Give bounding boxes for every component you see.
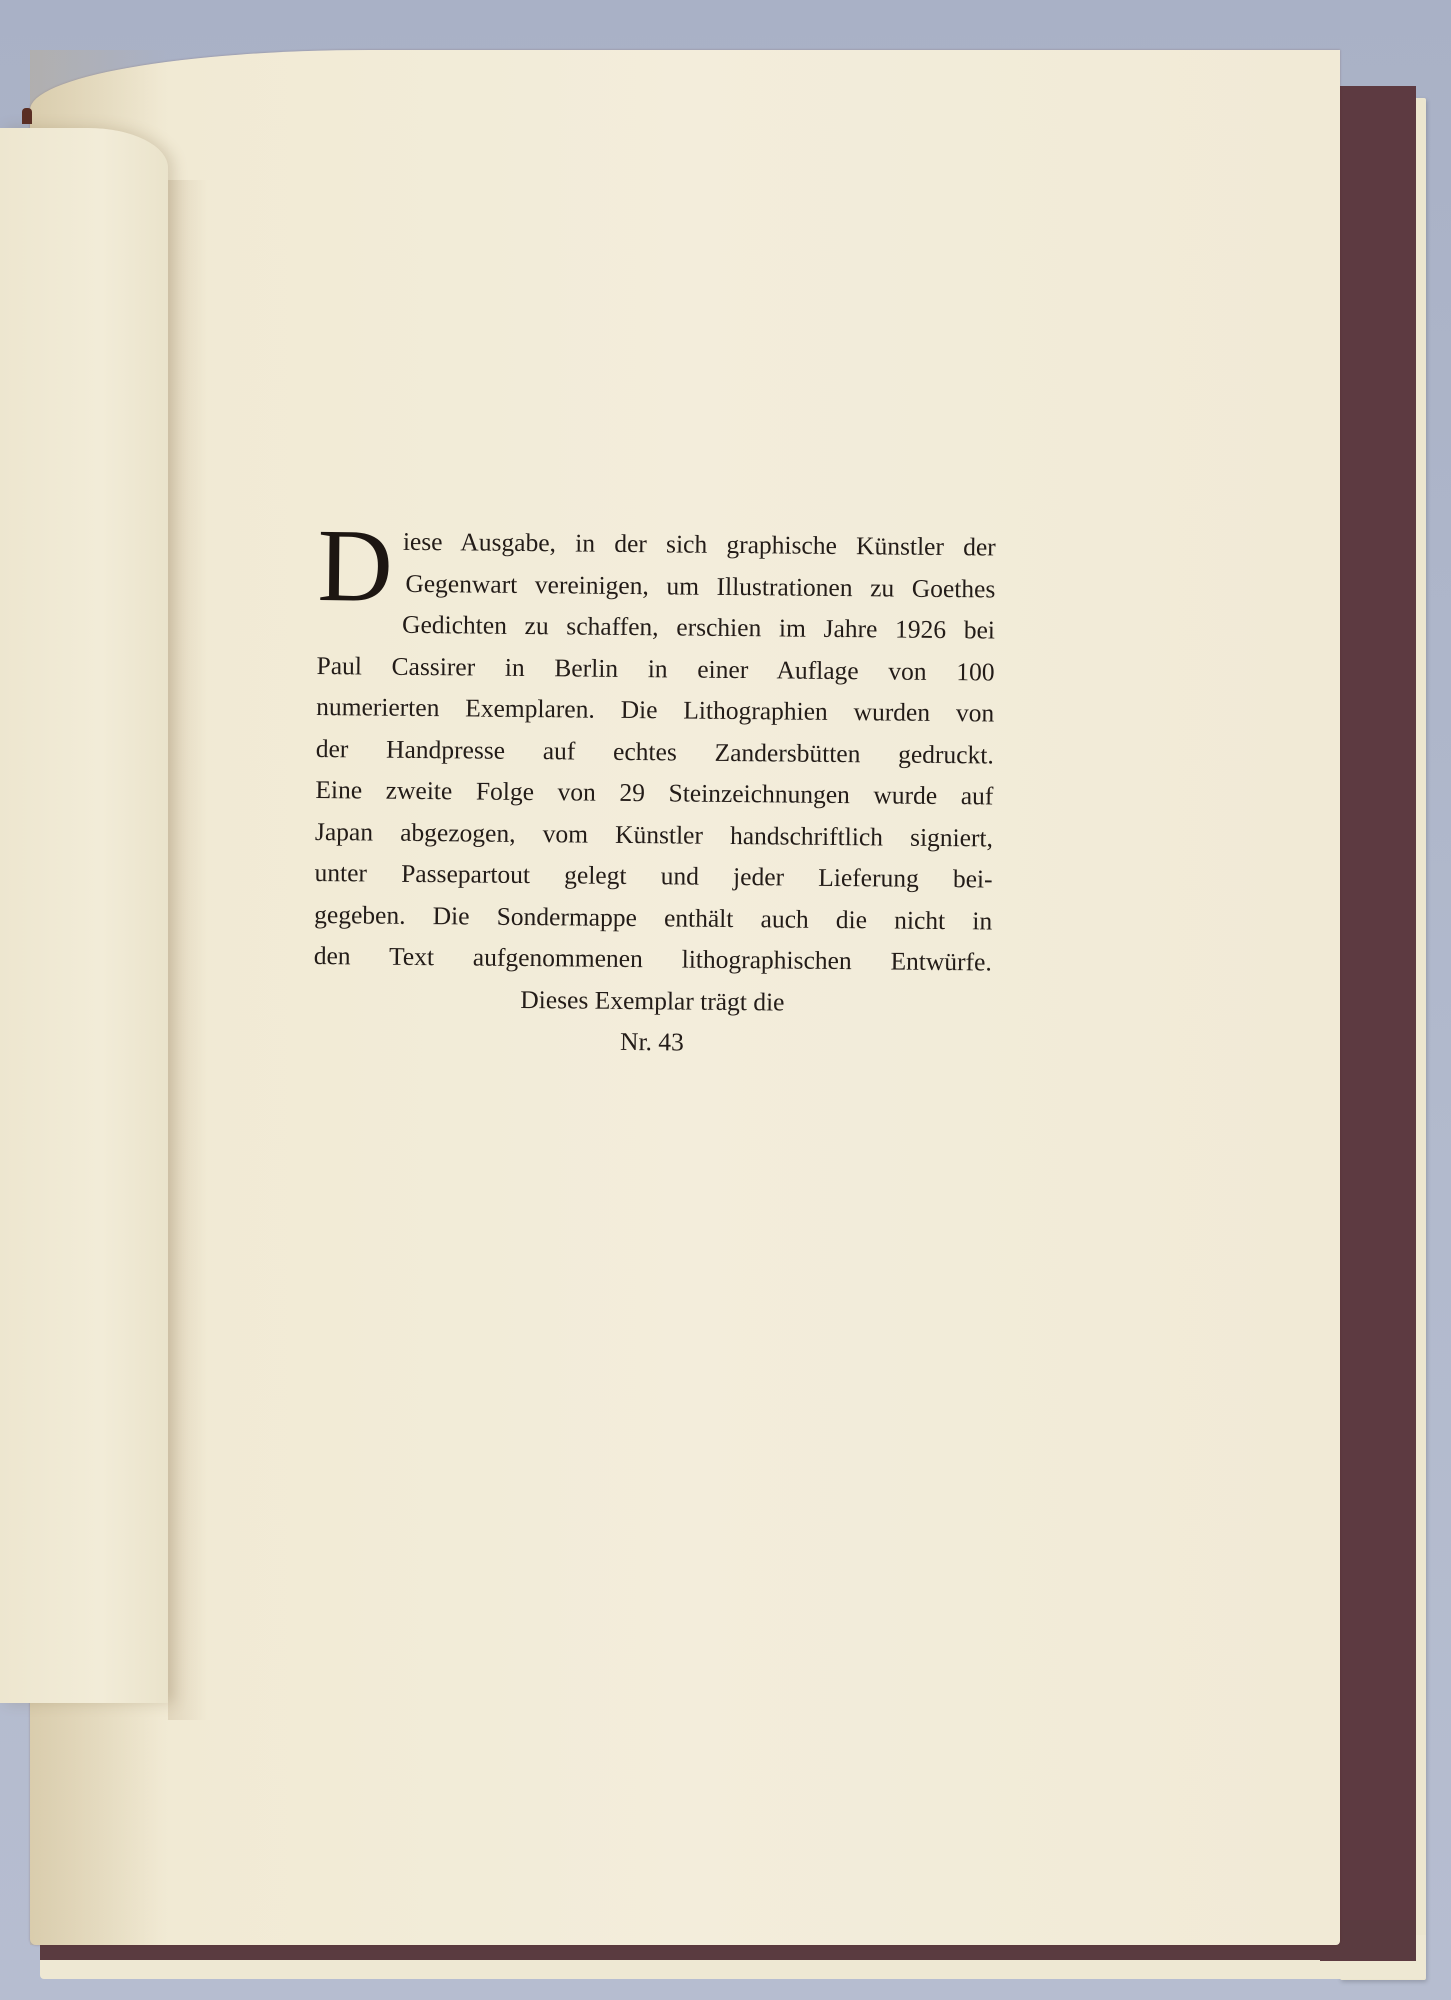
text-line: den Text aufgenommenen lithographischen … <box>314 935 992 983</box>
text-line: Eine zweite Folge von 29 Steinzeichnunge… <box>315 769 993 817</box>
text-line: unter Passepartout gelegt und jeder Lief… <box>314 852 992 900</box>
text-line: Gegenwart vereinigen, um Illustrationen … <box>317 561 995 609</box>
left-page-curl <box>0 128 168 1703</box>
text-line: gegeben. Die Sondermappe enthält auch di… <box>314 893 992 941</box>
text-line: Japan abgezogen, vom Künstler handschrif… <box>315 810 993 858</box>
text-line: Paul Cassirer in Berlin in einer Auflage… <box>316 644 994 692</box>
drop-cap: D <box>317 526 393 607</box>
text-line: der Handpresse auf echtes Zandersbütten … <box>316 727 994 775</box>
closing-line: Dieses Exemplar trägt die <box>313 976 991 1024</box>
text-line: Gedichten zu schaffen, erschien im Jahre… <box>317 603 995 651</box>
copy-number: Nr. 43 <box>313 1018 991 1066</box>
text-line: numerierten Exemplaren. Die Lithographie… <box>316 686 994 734</box>
colophon-text: D iese Ausgabe, in der sich graphische K… <box>313 520 996 1066</box>
page-fold-shadow <box>168 180 208 1720</box>
bookmark-ribbon-icon <box>22 108 32 124</box>
text-line: iese Ausgabe, in der sich graphische Kün… <box>318 520 996 568</box>
